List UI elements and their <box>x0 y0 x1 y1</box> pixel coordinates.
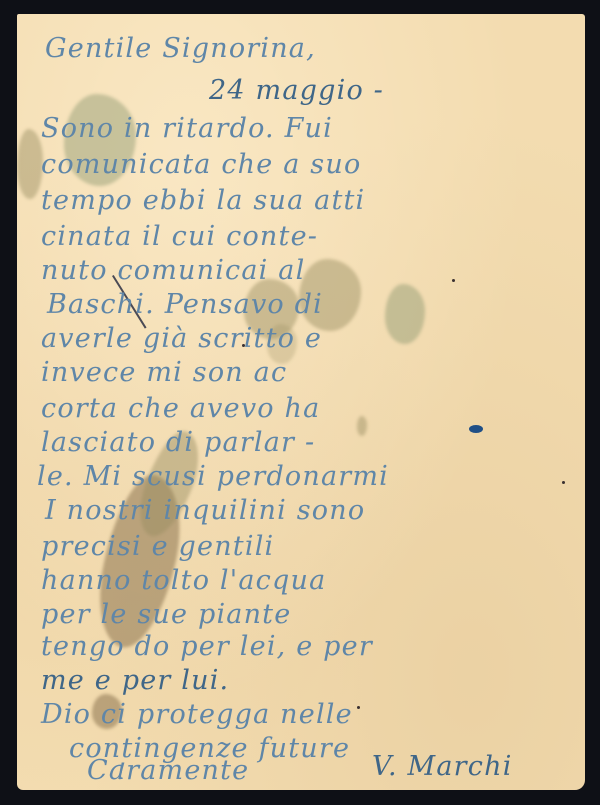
salutation: Gentile Signorina, <box>45 32 585 66</box>
letter-line: lasciato di parlar - <box>41 426 585 460</box>
letter-line: comunicata che a suo <box>41 148 585 182</box>
letter-line: precisi e gentili <box>41 530 585 564</box>
date: 24 maggio - <box>209 74 585 108</box>
letter-line: per le sue piante <box>41 598 585 632</box>
letter-line: Dio ci protegga nelle <box>41 698 585 732</box>
letter-line: Baschi. Pensavo di <box>47 288 585 322</box>
signature: V. Marchi <box>372 750 585 784</box>
letter-line: averle già scritto e <box>41 322 585 356</box>
water-stain <box>17 129 43 199</box>
letter-line: le. Mi scusi perdonarmi <box>37 460 585 494</box>
letter-line: invece mi son ac <box>41 356 585 390</box>
letter-line: cinata il cui conte- <box>41 220 585 254</box>
letter-line: corta che avevo ha <box>41 392 585 426</box>
postcard: Gentile Signorina, 24 maggio - Sono in r… <box>17 14 585 790</box>
letter-line: nuto comunicai al <box>41 254 585 288</box>
letter-line: me e per lui. <box>41 664 585 698</box>
letter-line: Sono in ritardo. Fui <box>41 112 585 146</box>
letter-line: I nostri inquilini sono <box>45 494 585 528</box>
letter-line: hanno tolto l'acqua <box>41 564 585 598</box>
letter-line: tempo ebbi la sua atti <box>41 184 585 218</box>
letter-line: tengo do per lei, e per <box>41 630 585 664</box>
